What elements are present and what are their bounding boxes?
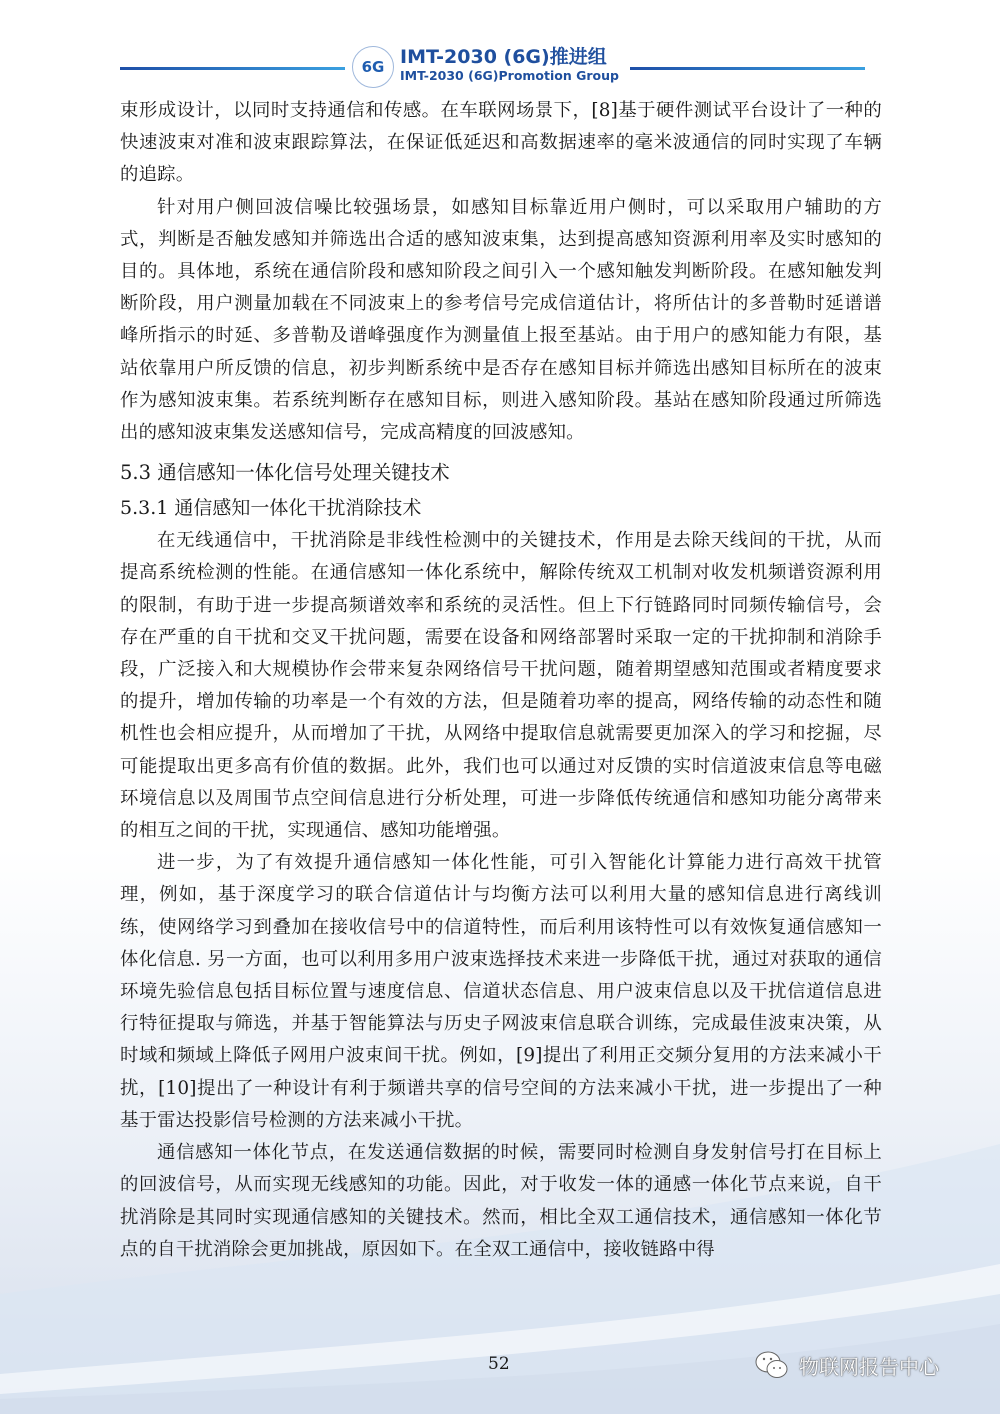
paragraph-4: 进一步，为了有效提升通信感知一体化性能，可引入智能化计算能力进行高效干扰管理，例… — [120, 847, 882, 1137]
paragraph-2: 针对用户侧回波信噪比较强场景，如感知目标靠近用户侧时，可以采取用户辅助的方式，判… — [120, 192, 882, 450]
page-header: 6G IMT-2030 (6G)推进组 IMT-2030 (6G)Promoti… — [120, 40, 865, 90]
section-heading: 5.3 通信感知一体化信号处理关键技术 — [120, 449, 882, 491]
paragraph-5: 通信感知一体化节点，在发送通信数据的时候，需要同时检测自身发射信号打在目标上的回… — [120, 1137, 882, 1266]
header-rule-left — [120, 67, 345, 70]
imt2030-logo: 6G — [352, 46, 394, 88]
page-number: 52 — [488, 1354, 510, 1374]
header-rule-right — [630, 67, 865, 70]
paragraph-1: 束形成设计，以同时支持通信和传感。在车联网场景下，[8]基于硬件测试平台设计了一… — [120, 95, 882, 192]
wechat-icon — [755, 1350, 789, 1380]
logo-text: 6G — [362, 58, 385, 76]
brand-title-en: IMT-2030 (6G)Promotion Group — [400, 68, 619, 83]
document-body: 束形成设计，以同时支持通信和传感。在车联网场景下，[8]基于硬件测试平台设计了一… — [120, 95, 882, 1266]
watermark-text: 物联网报告中心 — [799, 1351, 939, 1380]
brand-title-cn: IMT-2030 (6G)推进组 — [400, 46, 619, 68]
subsection-heading: 5.3.1 通信感知一体化干扰消除技术 — [120, 491, 882, 525]
paragraph-3: 在无线通信中，干扰消除是非线性检测中的关键技术，作用是去除天线间的干扰，从而提高… — [120, 525, 882, 847]
watermark: 物联网报告中心 — [755, 1350, 939, 1380]
brand-title: IMT-2030 (6G)推进组 IMT-2030 (6G)Promotion … — [400, 46, 619, 83]
